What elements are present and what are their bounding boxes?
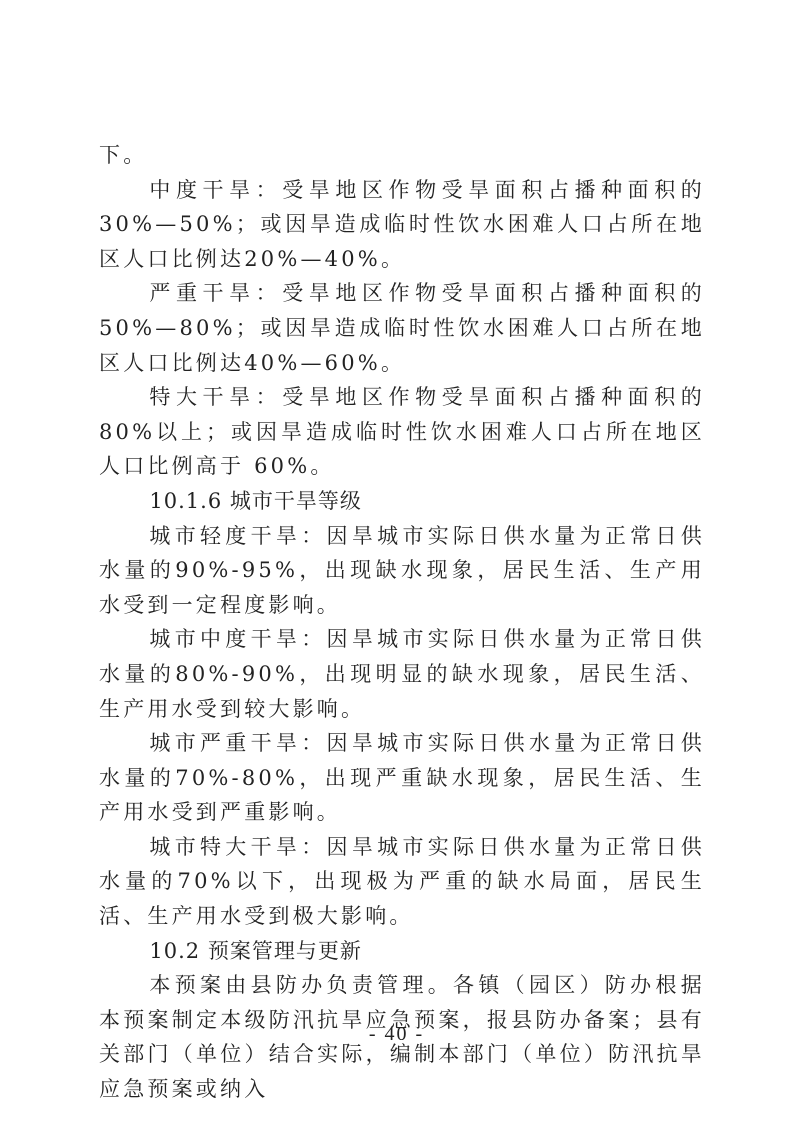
paragraph-severe-drought: 严重干旱：受旱地区作物受旱面积占播种面积的 50%—80%；或因旱造成临时性饮水…	[99, 276, 705, 380]
paragraph-urban-severe-drought: 城市严重干旱：因旱城市实际日供水量为正常日供水量的70%-80%，出现严重缺水现…	[99, 726, 705, 830]
paragraph-continuation: 下。	[99, 138, 705, 173]
paragraph-urban-moderate-drought: 城市中度干旱：因旱城市实际日供水量为正常日供水量的80%-90%，出现明显的缺水…	[99, 622, 705, 726]
paragraph-moderate-drought: 中度干旱：受旱地区作物受旱面积占播种面积的 30%—50%；或因旱造成临时性饮水…	[99, 173, 705, 277]
section-heading-urban-drought-levels: 10.1.6 城市干旱等级	[99, 484, 705, 519]
section-heading-plan-management: 10.2 预案管理与更新	[99, 934, 705, 969]
paragraph-extreme-drought: 特大干旱：受旱地区作物受旱面积占播种面积的 80%以上；或因旱造成临时性饮水困难…	[99, 380, 705, 484]
page-number: - 40 -	[0, 1023, 793, 1046]
document-body: 下。 中度干旱：受旱地区作物受旱面积占播种面积的 30%—50%；或因旱造成临时…	[99, 138, 705, 1107]
paragraph-urban-light-drought: 城市轻度干旱：因旱城市实际日供水量为正常日供水量的90%-95%，出现缺水现象，…	[99, 519, 705, 623]
paragraph-urban-extreme-drought: 城市特大干旱：因旱城市实际日供水量为正常日供水量的70%以下，出现极为严重的缺水…	[99, 830, 705, 934]
